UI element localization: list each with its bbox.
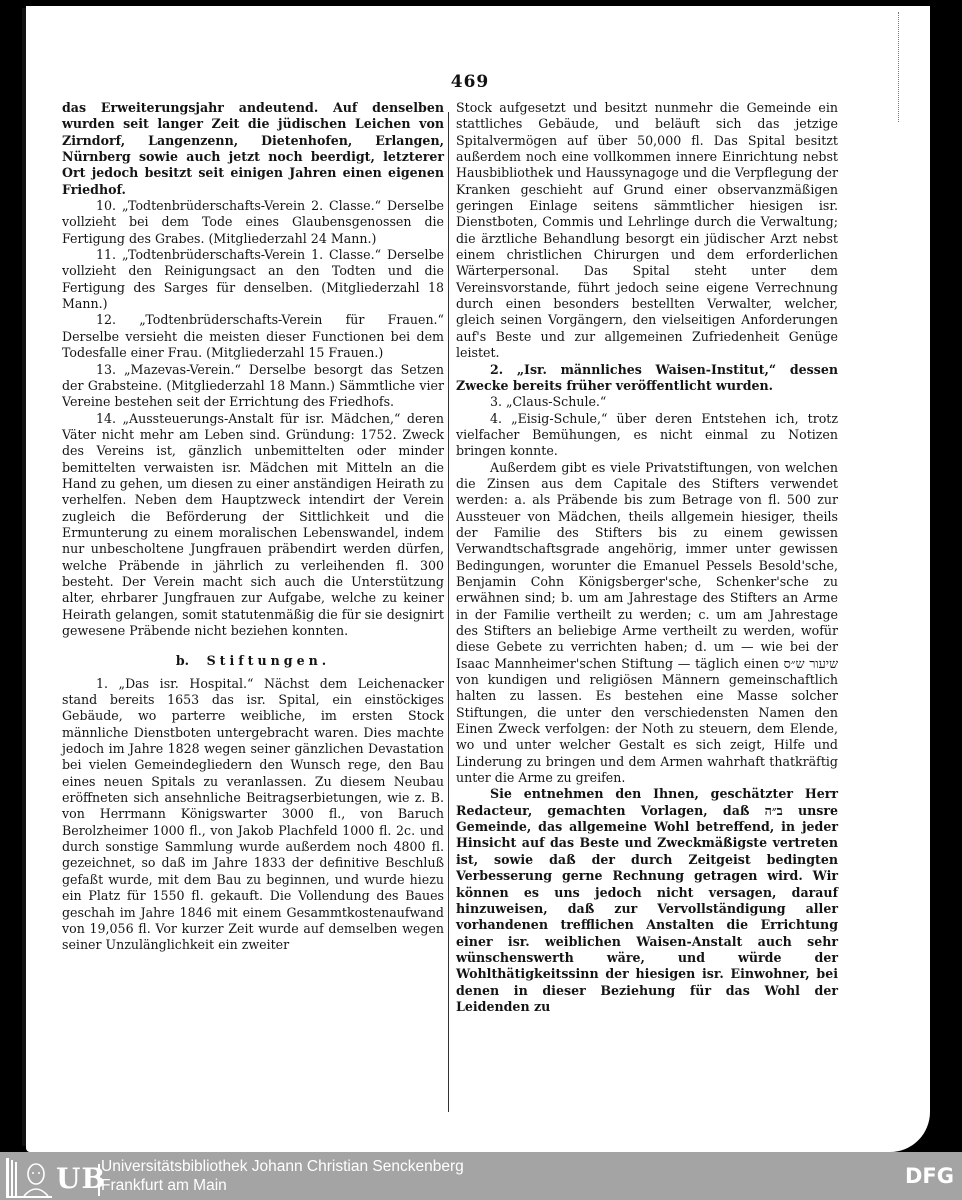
dfg-logo[interactable]: DFG [905, 1164, 954, 1188]
section-heading: b. Stiftungen. [62, 653, 444, 669]
right-text-column: Stock aufgesetzt und besitzt nunmehr die… [456, 100, 838, 1015]
paragraph-item-3: 3. „Claus-Schule.“ [456, 394, 838, 410]
paragraph-item-11: 11. „Todtenbrüderschafts-Verein 1. Class… [62, 247, 444, 312]
library-footer-bar: UB Universitätsbibliothek Johann Christi… [0, 1152, 962, 1200]
paragraph-item-14: 14. „Aussteuerungs-Anstalt für isr. Mädc… [62, 411, 444, 640]
library-city: Frankfurt am Main [101, 1177, 227, 1195]
paragraph-hospital-continued: Stock aufgesetzt und besitzt nunmehr die… [456, 100, 838, 362]
paragraph-hospital: 1. „Das isr. Hospital.“ Nächst dem Leich… [62, 676, 444, 954]
scan-artifact-line [898, 12, 900, 122]
section-heading-title: Stiftungen. [207, 653, 331, 668]
portrait-icon [6, 1156, 54, 1198]
column-divider [448, 112, 449, 1112]
page-number: 469 [440, 72, 500, 92]
page-left-edge [22, 8, 26, 1146]
paragraph-item-12: 12. „Todtenbrüderschafts-Verein für Frau… [62, 312, 444, 361]
library-name: Universitätsbibliothek Johann Christian … [101, 1158, 464, 1176]
paragraph-closing: Sie entnehmen den Ihnen, geschätzter Her… [456, 786, 838, 1015]
paragraph-item-10: 10. „Todtenbrüderschafts-Verein 2. Class… [62, 198, 444, 247]
left-text-column: das Erweiterungsjahr andeutend. Auf dens… [62, 100, 444, 954]
paragraph-item-13: 13. „Mazevas-Verein.“ Derselbe besorgt d… [62, 362, 444, 411]
paragraph: das Erweiterungsjahr andeutend. Auf dens… [62, 100, 444, 198]
section-heading-prefix: b. [176, 653, 189, 668]
logo-divider [98, 1164, 100, 1196]
paragraph-private-foundations: Außerdem gibt es viele Privatstiftungen,… [456, 460, 838, 787]
paragraph-item-2: 2. „Isr. männliches Waisen-Institut,“ de… [456, 362, 838, 395]
ub-logo[interactable]: UB [6, 1156, 94, 1198]
paragraph-item-4: 4. „Eisig-Schule,“ über deren Entstehen … [456, 411, 838, 460]
